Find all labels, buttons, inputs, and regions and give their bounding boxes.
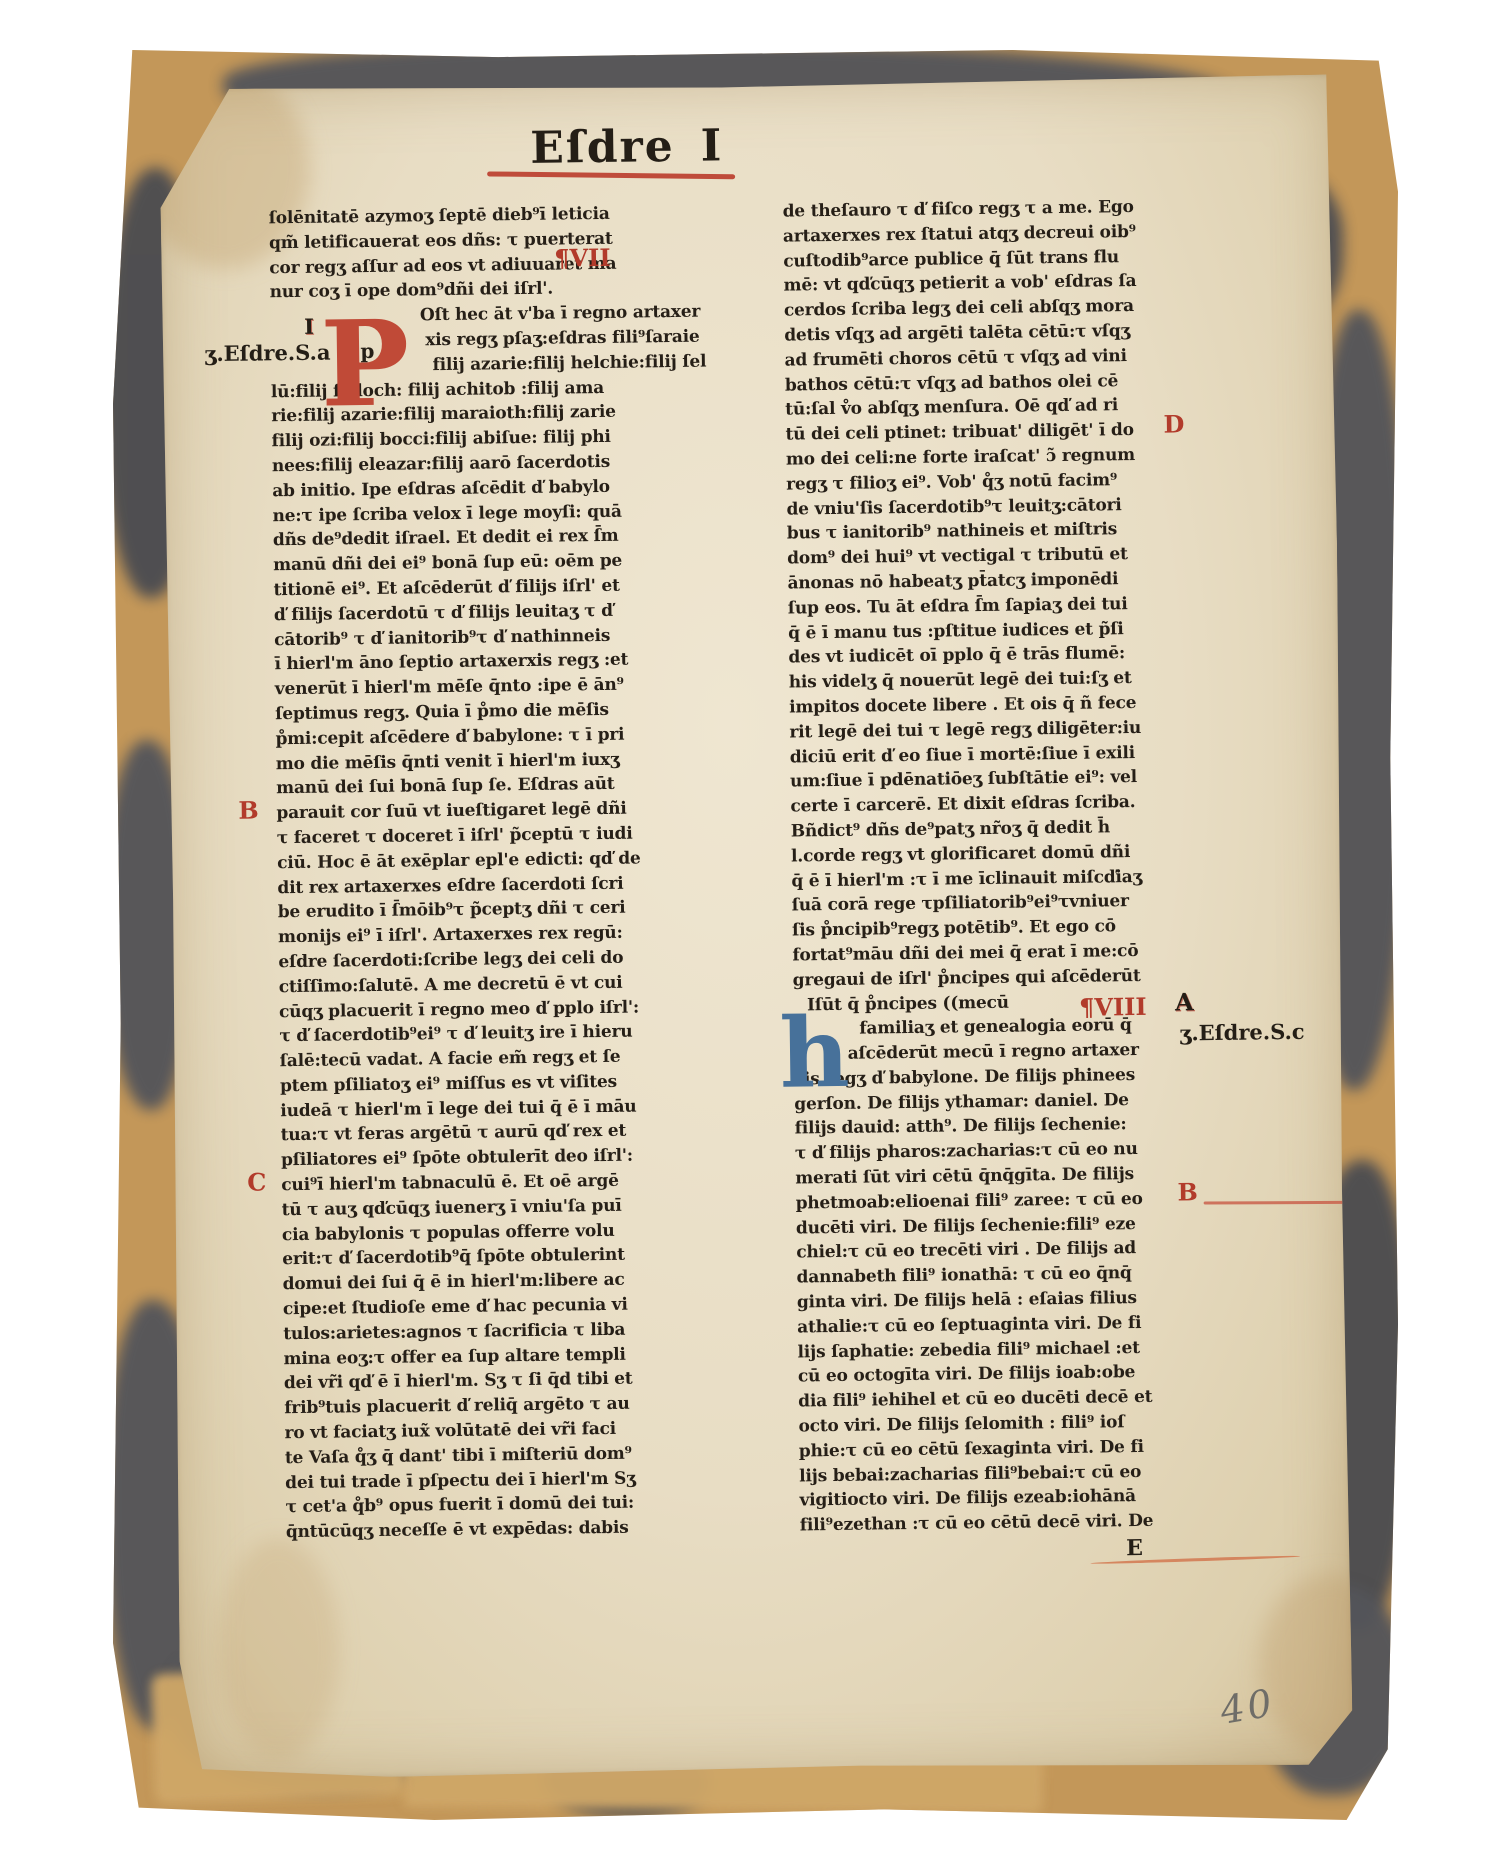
- margin-ref-left-initial: I: [304, 316, 314, 337]
- margin-letter-c-left: C: [247, 1170, 266, 1194]
- text-line: q̄ntūcūqʒ neceſſe ē vt expēdas: dabis: [286, 1516, 658, 1546]
- margin-letter-d-right: D: [1163, 412, 1184, 436]
- initial-h: h: [779, 1005, 850, 1102]
- signature-underline: [1090, 1555, 1300, 1565]
- pencil-folio-number: 40: [1217, 1683, 1277, 1730]
- text-line: gregaui de iſrl' p̊ncipes qui aſcēderūt: [793, 963, 1165, 993]
- header-underline: [487, 171, 735, 179]
- chapter-mark-viii: ¶VIII: [1079, 995, 1147, 1020]
- margin-letter-a: A: [1175, 990, 1194, 1014]
- text-column-right: de theſauro τ ď fiſco regʒ τ a me. Egoar…: [782, 195, 1171, 1539]
- signature-mark: E: [1126, 1537, 1143, 1559]
- chapter-mark-vii: ¶VII: [554, 246, 611, 271]
- initial-p: P: [320, 304, 410, 423]
- page-title: EſdreI: [530, 124, 724, 171]
- photo-backdrop: EſdreI ſolēnitatē azymoʒ ſeptē dieb⁹ī le…: [0, 0, 1500, 1876]
- margin-red-rule: [1204, 1201, 1354, 1205]
- margin-ref-right: ʒ.Eſdre.S.c: [1179, 1021, 1304, 1044]
- paper-stain: [218, 1538, 341, 1760]
- margin-letter-b-right: B: [1177, 1180, 1198, 1204]
- running-title: Eſdre: [530, 121, 675, 174]
- guide-letter-p: p: [360, 341, 374, 361]
- text-line: fili⁹ezethan :τ cū eo cētū decē viri. De: [800, 1509, 1172, 1539]
- margin-ref-left: ʒ.Eſdre.S.a: [204, 342, 330, 365]
- book-numeral: I: [700, 120, 723, 171]
- margin-letter-b-left: B: [238, 799, 259, 823]
- leaf: EſdreI ſolēnitatē azymoʒ ſeptē dieb⁹ī le…: [159, 74, 1353, 1779]
